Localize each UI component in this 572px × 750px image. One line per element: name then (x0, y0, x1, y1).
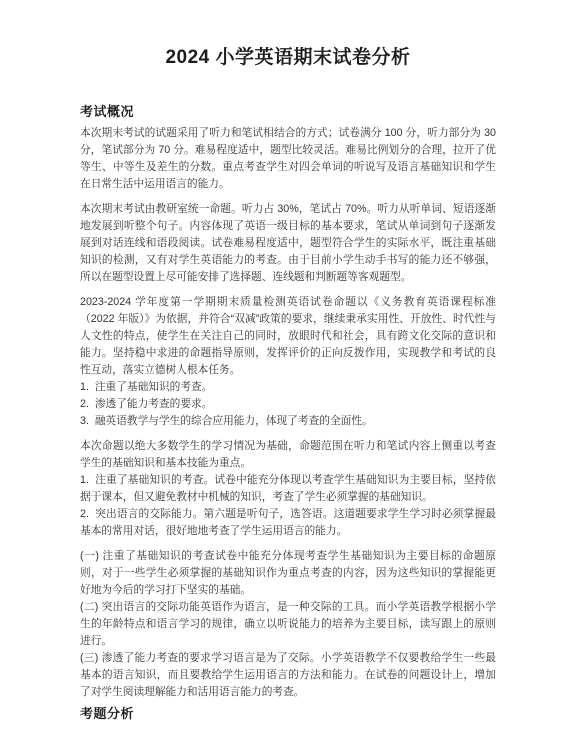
exam-feature-list: 1. 注重了基础知识的考查。 2. 渗透了能力考查的要求。 3. 融英语教学与学… (80, 379, 496, 430)
paragraph-proposition-basis: 本次命题以绝大多数学生的学习情况为基础，命题范围在听力和笔试内容上侧重以考查学生… (80, 438, 496, 472)
paragraph-exam-format: 本次期末考试的试题采用了听力和笔试相结合的方式；试卷满分 100 分，听力部分为… (80, 125, 496, 193)
paragraph-point-one: (一) 注重了基础知识的考查试卷中能充分体现考查学生基础知识为主要目标的命题原则… (80, 548, 496, 599)
list-item-feature-1: 1. 注重了基础知识的考查。 (80, 379, 496, 396)
document-page: { "document": { "title": "2024 小学英语期末试卷分… (0, 0, 572, 750)
paragraph-point-three: (三) 渗透了能力考查的要求学习语言是为了交际。小学英语教学不仅要教给学生一些最… (80, 650, 496, 701)
section-heading-question-analysis: 考题分析 (80, 705, 496, 723)
paragraph-exam-standard: 2023-2024 学年度第一学期期末质量检测英语试卷命题以《义务教育英语课程标… (80, 294, 496, 379)
document-title: 2024 小学英语期末试卷分析 (80, 45, 496, 71)
list-item-feature-3: 3. 融英语教学与学生的综合应用能力，体现了考查的全面性。 (80, 413, 496, 430)
paragraph-point-two: (二) 突出语言的交际功能英语作为语言，是一种交际的工具。而小学英语教学根据小学… (80, 599, 496, 650)
list-item-proposition-1: 1. 注重了基础知识的考查。试卷中能充分体现以考查学生基础知识为主要目标，坚持依… (80, 472, 496, 506)
list-item-proposition-2: 2. 突出语言的交际能力。第六题是听句子，选答语。这道题要求学生学习时必须掌握最… (80, 506, 496, 540)
section-heading-exam-overview: 考试概况 (80, 103, 496, 121)
list-item-feature-2: 2. 渗透了能力考查的要求。 (80, 396, 496, 413)
paragraph-exam-committee: 本次期末考试由教研室统一命题。听力占 30%，笔试占 70%。听力从听单词、短语… (80, 201, 496, 286)
proposition-list: 1. 注重了基础知识的考查。试卷中能充分体现以考查学生基础知识为主要目标，坚持依… (80, 472, 496, 540)
